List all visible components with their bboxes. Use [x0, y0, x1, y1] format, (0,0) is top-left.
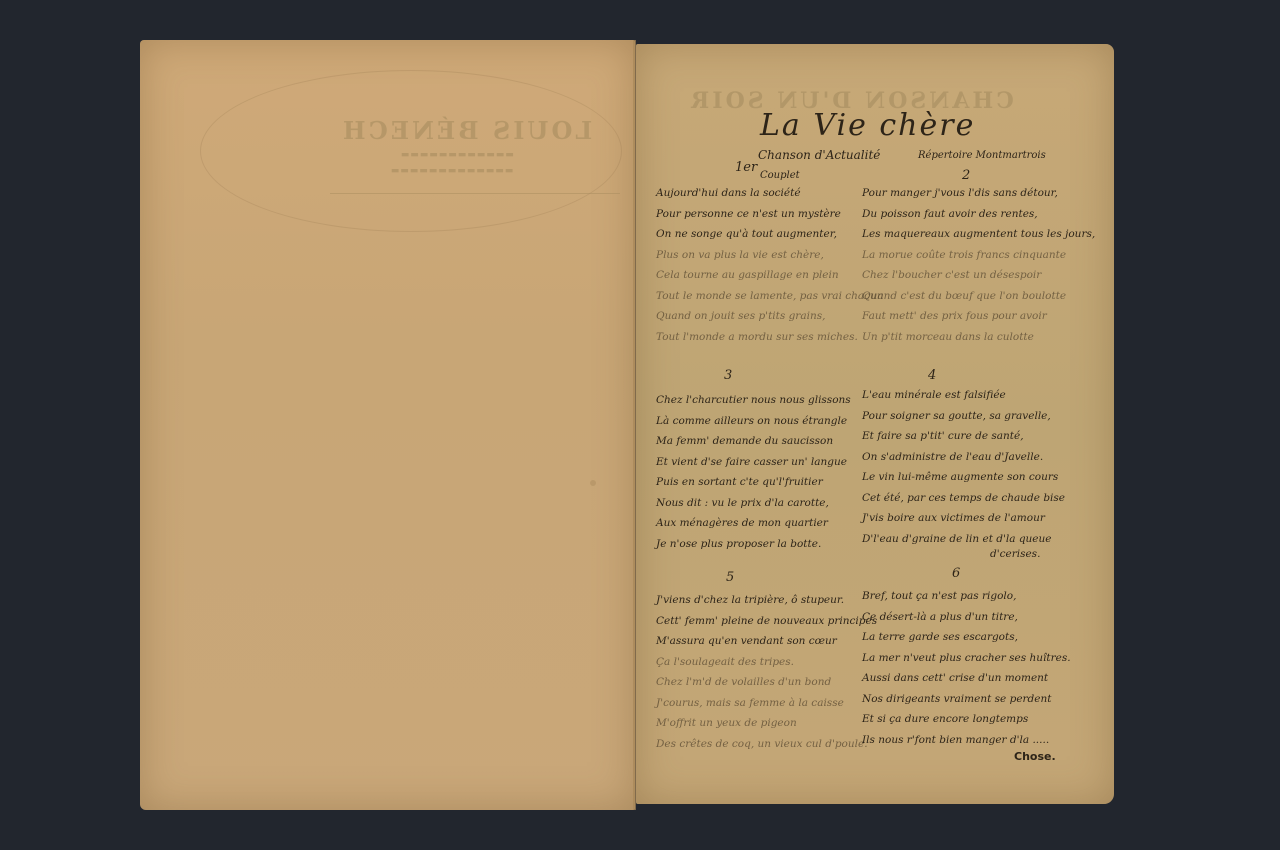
stanza-line: Ma femm' demande du saucisson — [656, 431, 851, 452]
stanza-2: Pour manger j'vous l'dis sans détour, Du… — [862, 183, 1095, 347]
stanza-line: Un p'tit morceau dans la culotte — [862, 327, 1095, 348]
left-bleed-subline-1: ▬▬▬▬▬▬▬▬▬▬▬▬ — [400, 150, 514, 160]
stanza-6: Bref, tout ça n'est pas rigolo, Ce déser… — [862, 586, 1071, 750]
stanza-line: Chez l'charcutier nous nous glissons — [656, 390, 851, 411]
stanza-line: Aux ménagères de mon quartier — [656, 513, 851, 534]
stanza-line: J'courus, mais sa femme à la caisse — [656, 693, 877, 714]
stanza-line: Chez l'm'd de volailles d'un bond — [656, 672, 877, 693]
stanza-2-number: 2 — [962, 168, 970, 183]
stanza-line: M'assura qu'en vendant son cœur — [656, 631, 877, 652]
stanza-line: Là comme ailleurs on nous étrangle — [656, 411, 851, 432]
stanza-line: Aujourd'hui dans la société — [656, 183, 884, 204]
stanza-line: Tout l'monde a mordu sur ses miches. — [656, 327, 884, 348]
stanza-line: Ils nous r'font bien manger d'la ..... — [862, 730, 1071, 751]
stanza-5: J'viens d'chez la tripière, ô stupeur. C… — [656, 590, 877, 754]
stanza-line: Cett' femm' pleine de nouveaux principes — [656, 611, 877, 632]
stanza-line: Chez l'boucher c'est un désespoir — [862, 265, 1095, 286]
stanza-line: Tout le monde se lamente, pas vrai chacu… — [656, 286, 884, 307]
stanza-line: Et vient d'se faire casser un' langue — [656, 452, 851, 473]
left-bleed-subline-2: ▬▬▬▬▬▬▬▬▬▬▬▬▬ — [390, 166, 514, 176]
repertoire-label: Répertoire Montmartrois — [918, 150, 1046, 161]
stanza-line: Cela tourne au gaspillage en plein — [656, 265, 884, 286]
stanza-1-label: Couplet — [760, 170, 800, 181]
stanza-line: Pour manger j'vous l'dis sans détour, — [862, 183, 1095, 204]
stanza-line: Aussi dans cett' crise d'un moment — [862, 668, 1071, 689]
stanza-line: Ça l'soulageait des tripes. — [656, 652, 877, 673]
stanza-5-number: 5 — [726, 570, 734, 585]
stanza-4-continuation: d'cerises. — [990, 548, 1040, 560]
stanza-line: Plus on va plus la vie est chère, — [656, 245, 884, 266]
stanza-line: On ne songe qu'à tout augmenter, — [656, 224, 884, 245]
stanza-4-number: 4 — [928, 368, 936, 383]
stanza-line: Des crêtes de coq, un vieux cul d'poule. — [656, 734, 877, 755]
paper-stain — [590, 480, 596, 486]
stanza-line: Les maquereaux augmentent tous les jours… — [862, 224, 1095, 245]
stanza-3: Chez l'charcutier nous nous glissons Là … — [656, 390, 851, 554]
stanza-line: Je n'ose plus proposer la botte. — [656, 534, 851, 555]
stanza-line: L'eau minérale est falsifiée — [862, 385, 1065, 406]
stanza-line: La terre garde ses escargots, — [862, 627, 1071, 648]
stanza-line: Cet été, par ces temps de chaude bise — [862, 488, 1065, 509]
stanza-line: Quand c'est du bœuf que l'on boulotte — [862, 286, 1095, 307]
stanza-3-number: 3 — [724, 368, 732, 383]
stanza-line: Le vin lui-même augmente son cours — [862, 467, 1065, 488]
stanza-line: La morue coûte trois francs cinquante — [862, 245, 1095, 266]
stanza-line: Bref, tout ça n'est pas rigolo, — [862, 586, 1071, 607]
stanza-line: Nos dirigeants vraiment se perdent — [862, 689, 1071, 710]
stanza-line: Quand on jouit ses p'tits grains, — [656, 306, 884, 327]
stanza-line: Pour personne ce n'est un mystère — [656, 204, 884, 225]
stanza-line: J'vis boire aux victimes de l'amour — [862, 508, 1065, 529]
stanza-line: D'l'eau d'graine de lin et d'la queue — [862, 529, 1065, 550]
stanza-line: M'offrit un yeux de pigeon — [656, 713, 877, 734]
stanza-line: Du poisson faut avoir des rentes, — [862, 204, 1095, 225]
left-bleed-rule — [330, 193, 620, 194]
stanza-1: Aujourd'hui dans la société Pour personn… — [656, 183, 884, 347]
song-subtitle: Chanson d'Actualité — [758, 148, 880, 162]
stanza-line: Ce désert-là a plus d'un titre, — [862, 607, 1071, 628]
stanza-line: Puis en sortant c'te qu'l'fruitier — [656, 472, 851, 493]
signature: Chose. — [1014, 750, 1056, 763]
song-title: La Vie chère — [760, 108, 975, 143]
stanza-6-number: 6 — [952, 566, 960, 581]
stanza-line: Et faire sa p'tit' cure de santé, — [862, 426, 1065, 447]
stanza-line: Nous dit : vu le prix d'la carotte, — [656, 493, 851, 514]
stanza-line: La mer n'veut plus cracher ses huîtres. — [862, 648, 1071, 669]
stanza-4: L'eau minérale est falsifiée Pour soigne… — [862, 385, 1065, 549]
stanza-line: Et si ça dure encore longtemps — [862, 709, 1071, 730]
stanza-line: On s'administre de l'eau d'Javelle. — [862, 447, 1065, 468]
left-bleed-name: LOUIS BÉNECH — [340, 116, 592, 145]
stanza-line: Faut mett' des prix fous pour avoir — [862, 306, 1095, 327]
stanza-line: Pour soigner sa goutte, sa gravelle, — [862, 406, 1065, 427]
stanza-line: J'viens d'chez la tripière, ô stupeur. — [656, 590, 877, 611]
stanza-1-number: 1er — [735, 160, 757, 175]
